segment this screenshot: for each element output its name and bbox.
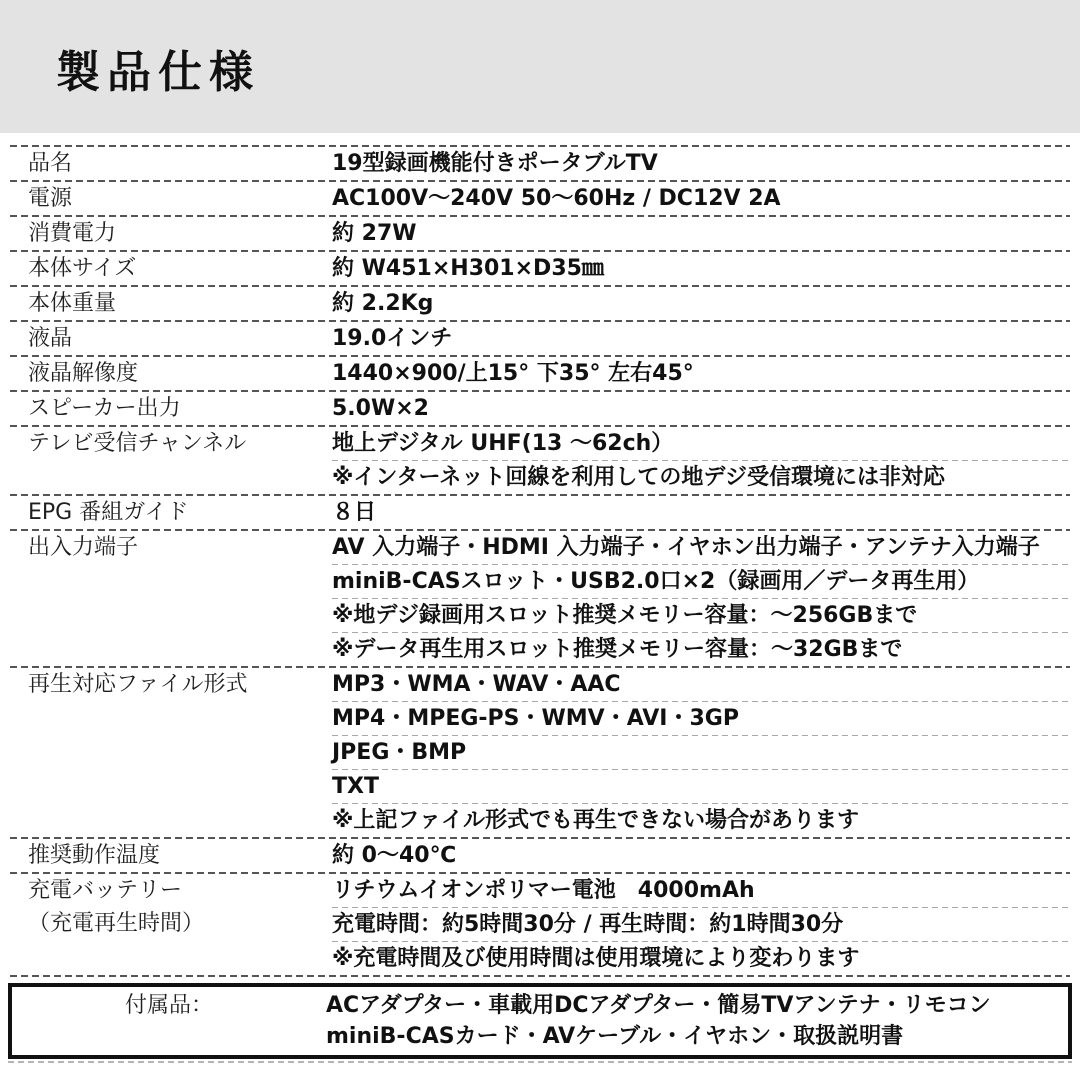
spec-row: 液晶解像度1440×900/上15° 下35° 左右45°: [10, 357, 1070, 390]
spec-label: 本体重量: [10, 287, 332, 320]
page-header: 製品仕様: [0, 0, 1080, 133]
spec-value-line: AV 入力端子・HDMI 入力端子・イヤホン出力端子・アンテナ入力端子: [332, 531, 1070, 564]
accessories-value: ACアダプター・車載用DCアダプター・簡易TVアンテナ・リモコン miniB-C…: [326, 990, 1068, 1052]
spec-label: 品名: [10, 147, 332, 180]
spec-row: 充電バッテリー （充電再生時間）リチウムイオンポリマー電池 4000mAh充電時…: [10, 874, 1070, 975]
spec-row: 本体サイズ約 W451×H301×D35㎜: [10, 252, 1070, 285]
spec-row: 出入力端子AV 入力端子・HDMI 入力端子・イヤホン出力端子・アンテナ入力端子…: [10, 531, 1070, 666]
spec-value: 5.0W×2: [332, 392, 1070, 425]
spec-value: 約 W451×H301×D35㎜: [332, 252, 1070, 285]
accessories-box: 付属品： ACアダプター・車載用DCアダプター・簡易TVアンテナ・リモコン mi…: [8, 983, 1072, 1059]
spec-value-line: ８日: [332, 496, 1070, 529]
spec-value-line: 地上デジタル UHF(13 ～62ch）: [332, 427, 1070, 460]
accessories-label: 付属品：: [12, 990, 326, 1052]
bottom-separator: [8, 1061, 1072, 1063]
spec-value-line: 約 W451×H301×D35㎜: [332, 252, 1070, 285]
spec-table: 品名19型録画機能付きポータブルTV電源AC100V～240V 50～60Hz …: [10, 145, 1070, 977]
spec-label: 本体サイズ: [10, 252, 332, 285]
row-separator: [10, 975, 1070, 977]
spec-value-line: miniB-CASスロット・USB2.0口×2（録画用／データ再生用）: [332, 565, 1070, 598]
accessories-line: miniB-CASカード・AVケーブル・イヤホン・取扱説明書: [326, 1021, 1068, 1052]
spec-value: MP3・WMA・WAV・AACMP4・MPEG-PS・WMV・AVI・3GPJP…: [332, 668, 1070, 837]
spec-value-line: リチウムイオンポリマー電池 4000mAh: [332, 874, 1070, 907]
spec-value-line: JPEG・BMP: [332, 736, 1070, 769]
spec-row: 推奨動作温度約 0～40℃: [10, 839, 1070, 872]
spec-label: EPG 番組ガイド: [10, 496, 332, 529]
spec-label: 電源: [10, 182, 332, 215]
spec-row: EPG 番組ガイド８日: [10, 496, 1070, 529]
spec-value-line: ※地デジ録画用スロット推奨メモリー容量：～256GBまで: [332, 599, 1070, 632]
spec-value-line: TXT: [332, 770, 1070, 803]
spec-value-line: 19.0インチ: [332, 322, 1070, 355]
spec-row: 本体重量約 2.2Kg: [10, 287, 1070, 320]
spec-value-line: MP3・WMA・WAV・AAC: [332, 668, 1070, 701]
spec-value: 19.0インチ: [332, 322, 1070, 355]
spec-value: 1440×900/上15° 下35° 左右45°: [332, 357, 1070, 390]
spec-row: テレビ受信チャンネル地上デジタル UHF(13 ～62ch）※インターネット回線…: [10, 427, 1070, 494]
spec-value-line: 約 27W: [332, 217, 1070, 250]
spec-label: 消費電力: [10, 217, 332, 250]
spec-value-line: ※充電時間及び使用時間は使用環境により変わります: [332, 942, 1070, 975]
spec-value-line: 充電時間：約5時間30分 / 再生時間：約1時間30分: [332, 908, 1070, 941]
spec-row: 再生対応ファイル形式MP3・WMA・WAV・AACMP4・MPEG-PS・WMV…: [10, 668, 1070, 837]
spec-row: 品名19型録画機能付きポータブルTV: [10, 147, 1070, 180]
spec-value: 約 2.2Kg: [332, 287, 1070, 320]
spec-value: 約 27W: [332, 217, 1070, 250]
spec-label: テレビ受信チャンネル: [10, 427, 332, 460]
spec-value-line: 5.0W×2: [332, 392, 1070, 425]
spec-value: リチウムイオンポリマー電池 4000mAh充電時間：約5時間30分 / 再生時間…: [332, 874, 1070, 975]
spec-value-line: 約 0～40℃: [332, 839, 1070, 872]
spec-value: 約 0～40℃: [332, 839, 1070, 872]
spec-row: 消費電力約 27W: [10, 217, 1070, 250]
spec-label: スピーカー出力: [10, 392, 332, 425]
spec-label: 液晶: [10, 322, 332, 355]
spec-row: スピーカー出力5.0W×2: [10, 392, 1070, 425]
spec-row: 液晶19.0インチ: [10, 322, 1070, 355]
spec-label: 推奨動作温度: [10, 839, 332, 872]
spec-value-line: ※上記ファイル形式でも再生できない場合があります: [332, 804, 1070, 837]
spec-label: 出入力端子: [10, 531, 332, 564]
spec-value: 19型録画機能付きポータブルTV: [332, 147, 1070, 180]
spec-value-line: MP4・MPEG-PS・WMV・AVI・3GP: [332, 702, 1070, 735]
spec-value: AC100V～240V 50～60Hz / DC12V 2A: [332, 182, 1070, 215]
spec-value-line: ※データ再生用スロット推奨メモリー容量：～32GBまで: [332, 633, 1070, 666]
spec-value: ８日: [332, 496, 1070, 529]
spec-value-line: ※インターネット回線を利用しての地デジ受信環境には非対応: [332, 461, 1070, 494]
accessories-line: ACアダプター・車載用DCアダプター・簡易TVアンテナ・リモコン: [326, 990, 1068, 1021]
spec-label: 再生対応ファイル形式: [10, 668, 332, 701]
spec-label: 充電バッテリー （充電再生時間）: [10, 874, 332, 940]
spec-value-line: AC100V～240V 50～60Hz / DC12V 2A: [332, 182, 1070, 215]
spec-value-line: 約 2.2Kg: [332, 287, 1070, 320]
spec-label: 液晶解像度: [10, 357, 332, 390]
spec-value: AV 入力端子・HDMI 入力端子・イヤホン出力端子・アンテナ入力端子miniB…: [332, 531, 1070, 666]
spec-value-line: 19型録画機能付きポータブルTV: [332, 147, 1070, 180]
page-title: 製品仕様: [56, 36, 1080, 100]
spec-row: 電源AC100V～240V 50～60Hz / DC12V 2A: [10, 182, 1070, 215]
spec-value: 地上デジタル UHF(13 ～62ch）※インターネット回線を利用しての地デジ受…: [332, 427, 1070, 494]
spec-value-line: 1440×900/上15° 下35° 左右45°: [332, 357, 1070, 390]
